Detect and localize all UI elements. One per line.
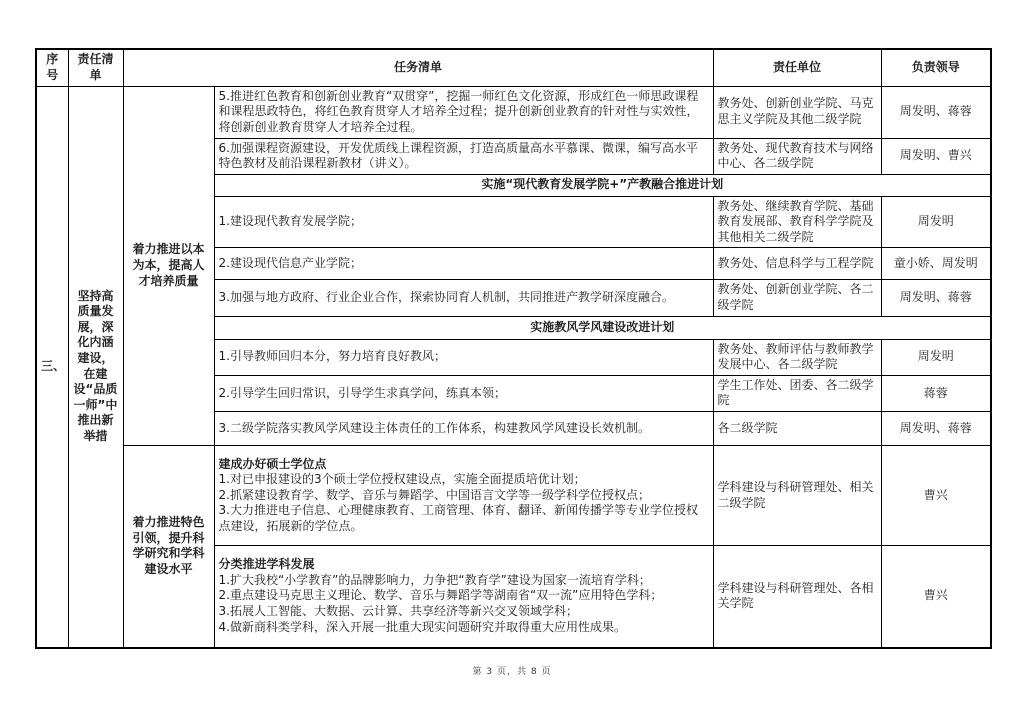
task-block-title: 建成办好硕士学位点 [219,457,709,473]
seq-cell: 三、 [36,86,68,648]
group-label-2: 着力推进特色引领，提升科学研究和学科建设水平 [123,446,214,648]
responsibility-task-table: 序号 责任清单 任务清单 责任单位 负责领导 三、 坚持高质量发展，深化内涵建设… [35,48,992,649]
table-header-row: 序号 责任清单 任务清单 责任单位 负责领导 [36,49,991,86]
task-block-line: 1.扩大我校“小学教育”的品牌影响力，力争把“教育学”建设为国家一流培育学科； [219,573,709,589]
leader-cell: 童小娇、周发明 [881,248,991,280]
task-cell: 5.推进红色教育和创新创业教育“双贯穿”，挖掘一师红色文化资源，形成红色一师思政… [214,86,713,138]
task-block-line: 3.大力推进电子信息、心理健康教育、工商管理、体育、翻译、新闻传播学等专业学位授… [219,503,709,534]
document-page: 序号 责任清单 任务清单 责任单位 负责领导 三、 坚持高质量发展，深化内涵建设… [0,0,1024,724]
task-block-line: 1.对已申报建设的3个硕士学位授权建设点，实施全面提质培优计划； [219,472,709,488]
task-cell: 2.建设现代信息产业学院； [214,248,713,280]
unit-cell: 学科建设与科研管理处、相关二级学院 [713,446,881,546]
col-header-duty: 责任清单 [68,49,123,86]
unit-cell: 教务处、创新创业学院、马克思主义学院及其他二级学院 [713,86,881,138]
page-number: 第 3 页，共 8 页 [0,664,1024,677]
col-header-seq: 序号 [36,49,68,86]
task-block-title: 分类推进学科发展 [219,557,709,573]
duty-cell: 坚持高质量发展，深化内涵建设，在建设“品质一师”中推出新举措 [68,86,123,648]
unit-cell: 各二级学院 [713,412,881,446]
col-header-task: 任务清单 [123,49,713,86]
section-title: 实施“现代教育发展学院+”产教融合推进计划 [214,174,991,196]
unit-cell: 教务处、继续教育学院、基础教育发展部、教育科学学院及其他相关二级学院 [713,196,881,248]
leader-cell: 周发明、蒋蓉 [881,280,991,316]
task-cell: 1.引导教师回归本分，努力培育良好教风； [214,339,713,375]
leader-cell: 周发明、蒋蓉 [881,86,991,138]
leader-cell: 周发明 [881,196,991,248]
unit-cell: 教务处、现代教育技术与网络中心、各二级学院 [713,138,881,174]
col-header-leader: 负责领导 [881,49,991,86]
group-label-1: 着力推进以本为本，提高人才培养质量 [123,86,214,446]
task-block-line: 2.重点建设马克思主义理论、数学、音乐与舞蹈学等湖南省“双一流”应用特色学科； [219,588,709,604]
leader-cell: 蒋蓉 [881,375,991,411]
leader-cell: 周发明、曹兴 [881,138,991,174]
leader-cell: 周发明、蒋蓉 [881,412,991,446]
unit-cell: 学生工作处、团委、各二级学院 [713,375,881,411]
col-header-unit: 责任单位 [713,49,881,86]
unit-cell: 教务处、创新创业学院、各二级学院 [713,280,881,316]
leader-cell: 曹兴 [881,546,991,648]
unit-cell: 学科建设与科研管理处、各相关学院 [713,546,881,648]
leader-cell: 周发明 [881,339,991,375]
unit-cell: 教务处、教师评估与教师教学发展中心、各二级学院 [713,339,881,375]
task-block-line: 2.抓紧建设教育学、数学、音乐与舞蹈学、中国语言文学等一级学科学位授权点； [219,488,709,504]
task-block-line: 3.拓展人工智能、大数据、云计算、共享经济等新兴交叉领域学科； [219,604,709,620]
table-row: 三、 坚持高质量发展，深化内涵建设，在建设“品质一师”中推出新举措 着力推进以本… [36,86,991,138]
task-block-cell: 建成办好硕士学位点 1.对已申报建设的3个硕士学位授权建设点，实施全面提质培优计… [214,446,713,546]
leader-cell: 曹兴 [881,446,991,546]
section-title: 实施教风学风建设改进计划 [214,316,991,339]
task-block-cell: 分类推进学科发展 1.扩大我校“小学教育”的品牌影响力，力争把“教育学”建设为国… [214,546,713,648]
task-block-line: 4.做新商科类学科，深入开展一批重大现实问题研究并取得重大应用性成果。 [219,620,709,636]
task-cell: 3.二级学院落实教风学风建设主体责任的工作体系，构建教风学风建设长效机制。 [214,412,713,446]
task-cell: 2.引导学生回归常识，引导学生求真学问，练真本领； [214,375,713,411]
task-cell: 1.建设现代教育发展学院； [214,196,713,248]
table-row: 着力推进特色引领，提升科学研究和学科建设水平 建成办好硕士学位点 1.对已申报建… [36,446,991,546]
unit-cell: 教务处、信息科学与工程学院 [713,248,881,280]
task-cell: 6.加强课程资源建设，开发优质线上课程资源，打造高质量高水平慕课、微课，编写高水… [214,138,713,174]
task-cell: 3.加强与地方政府、行业企业合作，探索协同育人机制，共同推进产教学研深度融合。 [214,280,713,316]
